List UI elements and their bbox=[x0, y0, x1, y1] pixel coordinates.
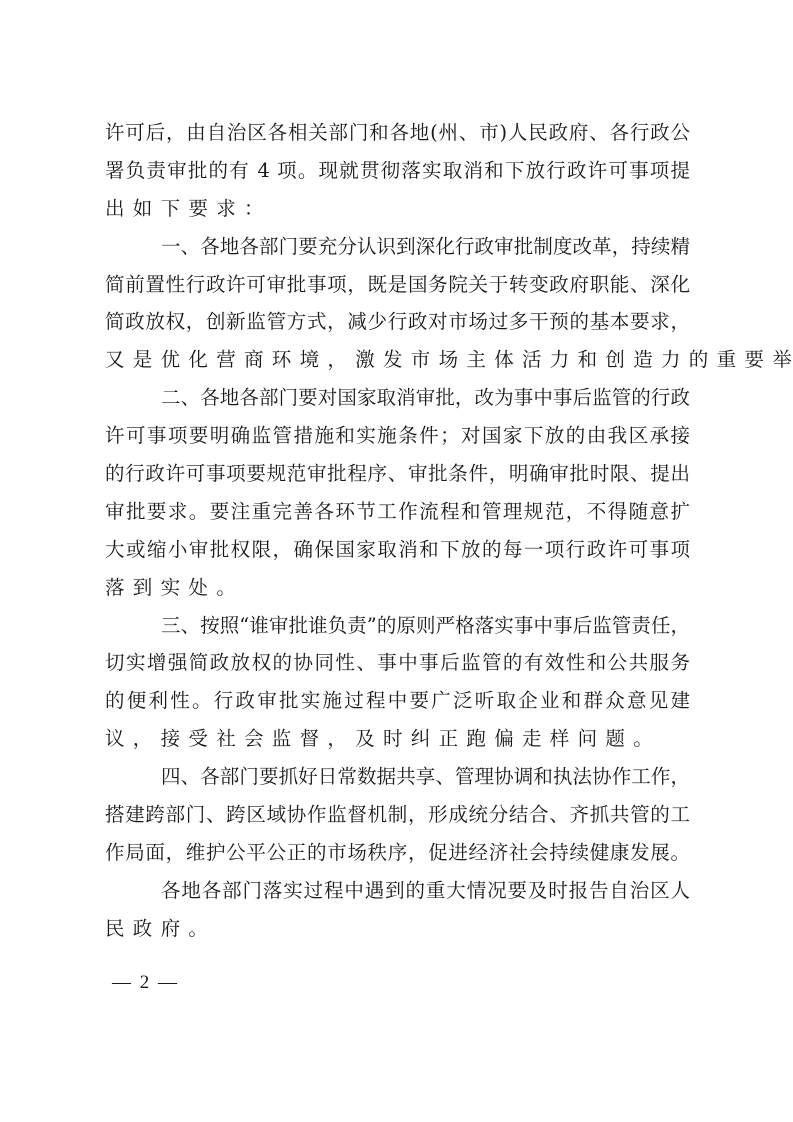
page-number: — 2 — bbox=[112, 972, 179, 994]
paragraph-2-line-2: 许可事项要明确监管措施和实施条件；对国家下放的由我区承接 bbox=[105, 417, 690, 455]
paragraph-3-line-2: 切实增强简政放权的协同性、事中事后监管的有效性和公共服务 bbox=[105, 644, 690, 682]
paragraph-4-line-1: 四、各部门要抓好日常数据共享、管理协调和执法协作工作， bbox=[105, 758, 690, 796]
paragraph-4-line-3: 作局面，维护公平公正的市场秩序，促进经济社会持续健康发展。 bbox=[105, 834, 690, 872]
paragraph-2-line-6: 落到实处。 bbox=[105, 569, 690, 607]
text-line-2: 署负责审批的有 4 项。现就贯彻落实取消和下放行政许可事项提 bbox=[105, 152, 690, 190]
text-line-3: 出如下要求： bbox=[105, 190, 690, 228]
paragraph-3-line-4: 议，接受社会监督，及时纠正跑偏走样问题。 bbox=[105, 720, 690, 758]
paragraph-1-line-2: 简前置性行政许可审批事项，既是国务院关于转变政府职能、深化 bbox=[105, 266, 690, 304]
document-body: 许可后，由自治区各相关部门和各地(州、市)人民政府、各行政公 署负责审批的有 4… bbox=[105, 114, 690, 948]
paragraph-1-line-1: 一、各地各部门要充分认识到深化行政审批制度改革，持续精 bbox=[105, 228, 690, 266]
paragraph-1-line-3: 简政放权，创新监管方式，减少行政对市场过多干预的基本要求， bbox=[105, 303, 690, 341]
paragraph-4-line-2: 搭建跨部门、跨区域协作监督机制，形成统分结合、齐抓共管的工 bbox=[105, 796, 690, 834]
paragraph-2-line-4: 审批要求。要注重完善各环节工作流程和管理规范，不得随意扩 bbox=[105, 493, 690, 531]
paragraph-3-line-1: 三、按照“谁审批谁负责”的原则严格落实事中事后监管责任， bbox=[105, 607, 690, 645]
paragraph-2-line-5: 大或缩小审批权限，确保国家取消和下放的每一项行政许可事项 bbox=[105, 531, 690, 569]
paragraph-1-line-4: 又是优化营商环境，激发市场主体活力和创造力的重要举措。 bbox=[105, 341, 690, 379]
paragraph-3-line-3: 的便利性。行政审批实施过程中要广泛听取企业和群众意见建 bbox=[105, 682, 690, 720]
paragraph-2-line-1: 二、各地各部门要对国家取消审批，改为事中事后监管的行政 bbox=[105, 379, 690, 417]
closing-paragraph-line-2: 民政府。 bbox=[105, 910, 690, 948]
closing-paragraph-line-1: 各地各部门落实过程中遇到的重大情况要及时报告自治区人 bbox=[105, 872, 690, 910]
paragraph-2-line-3: 的行政许可事项要规范审批程序、审批条件，明确审批时限、提出 bbox=[105, 455, 690, 493]
text-line-1: 许可后，由自治区各相关部门和各地(州、市)人民政府、各行政公 bbox=[105, 114, 690, 152]
